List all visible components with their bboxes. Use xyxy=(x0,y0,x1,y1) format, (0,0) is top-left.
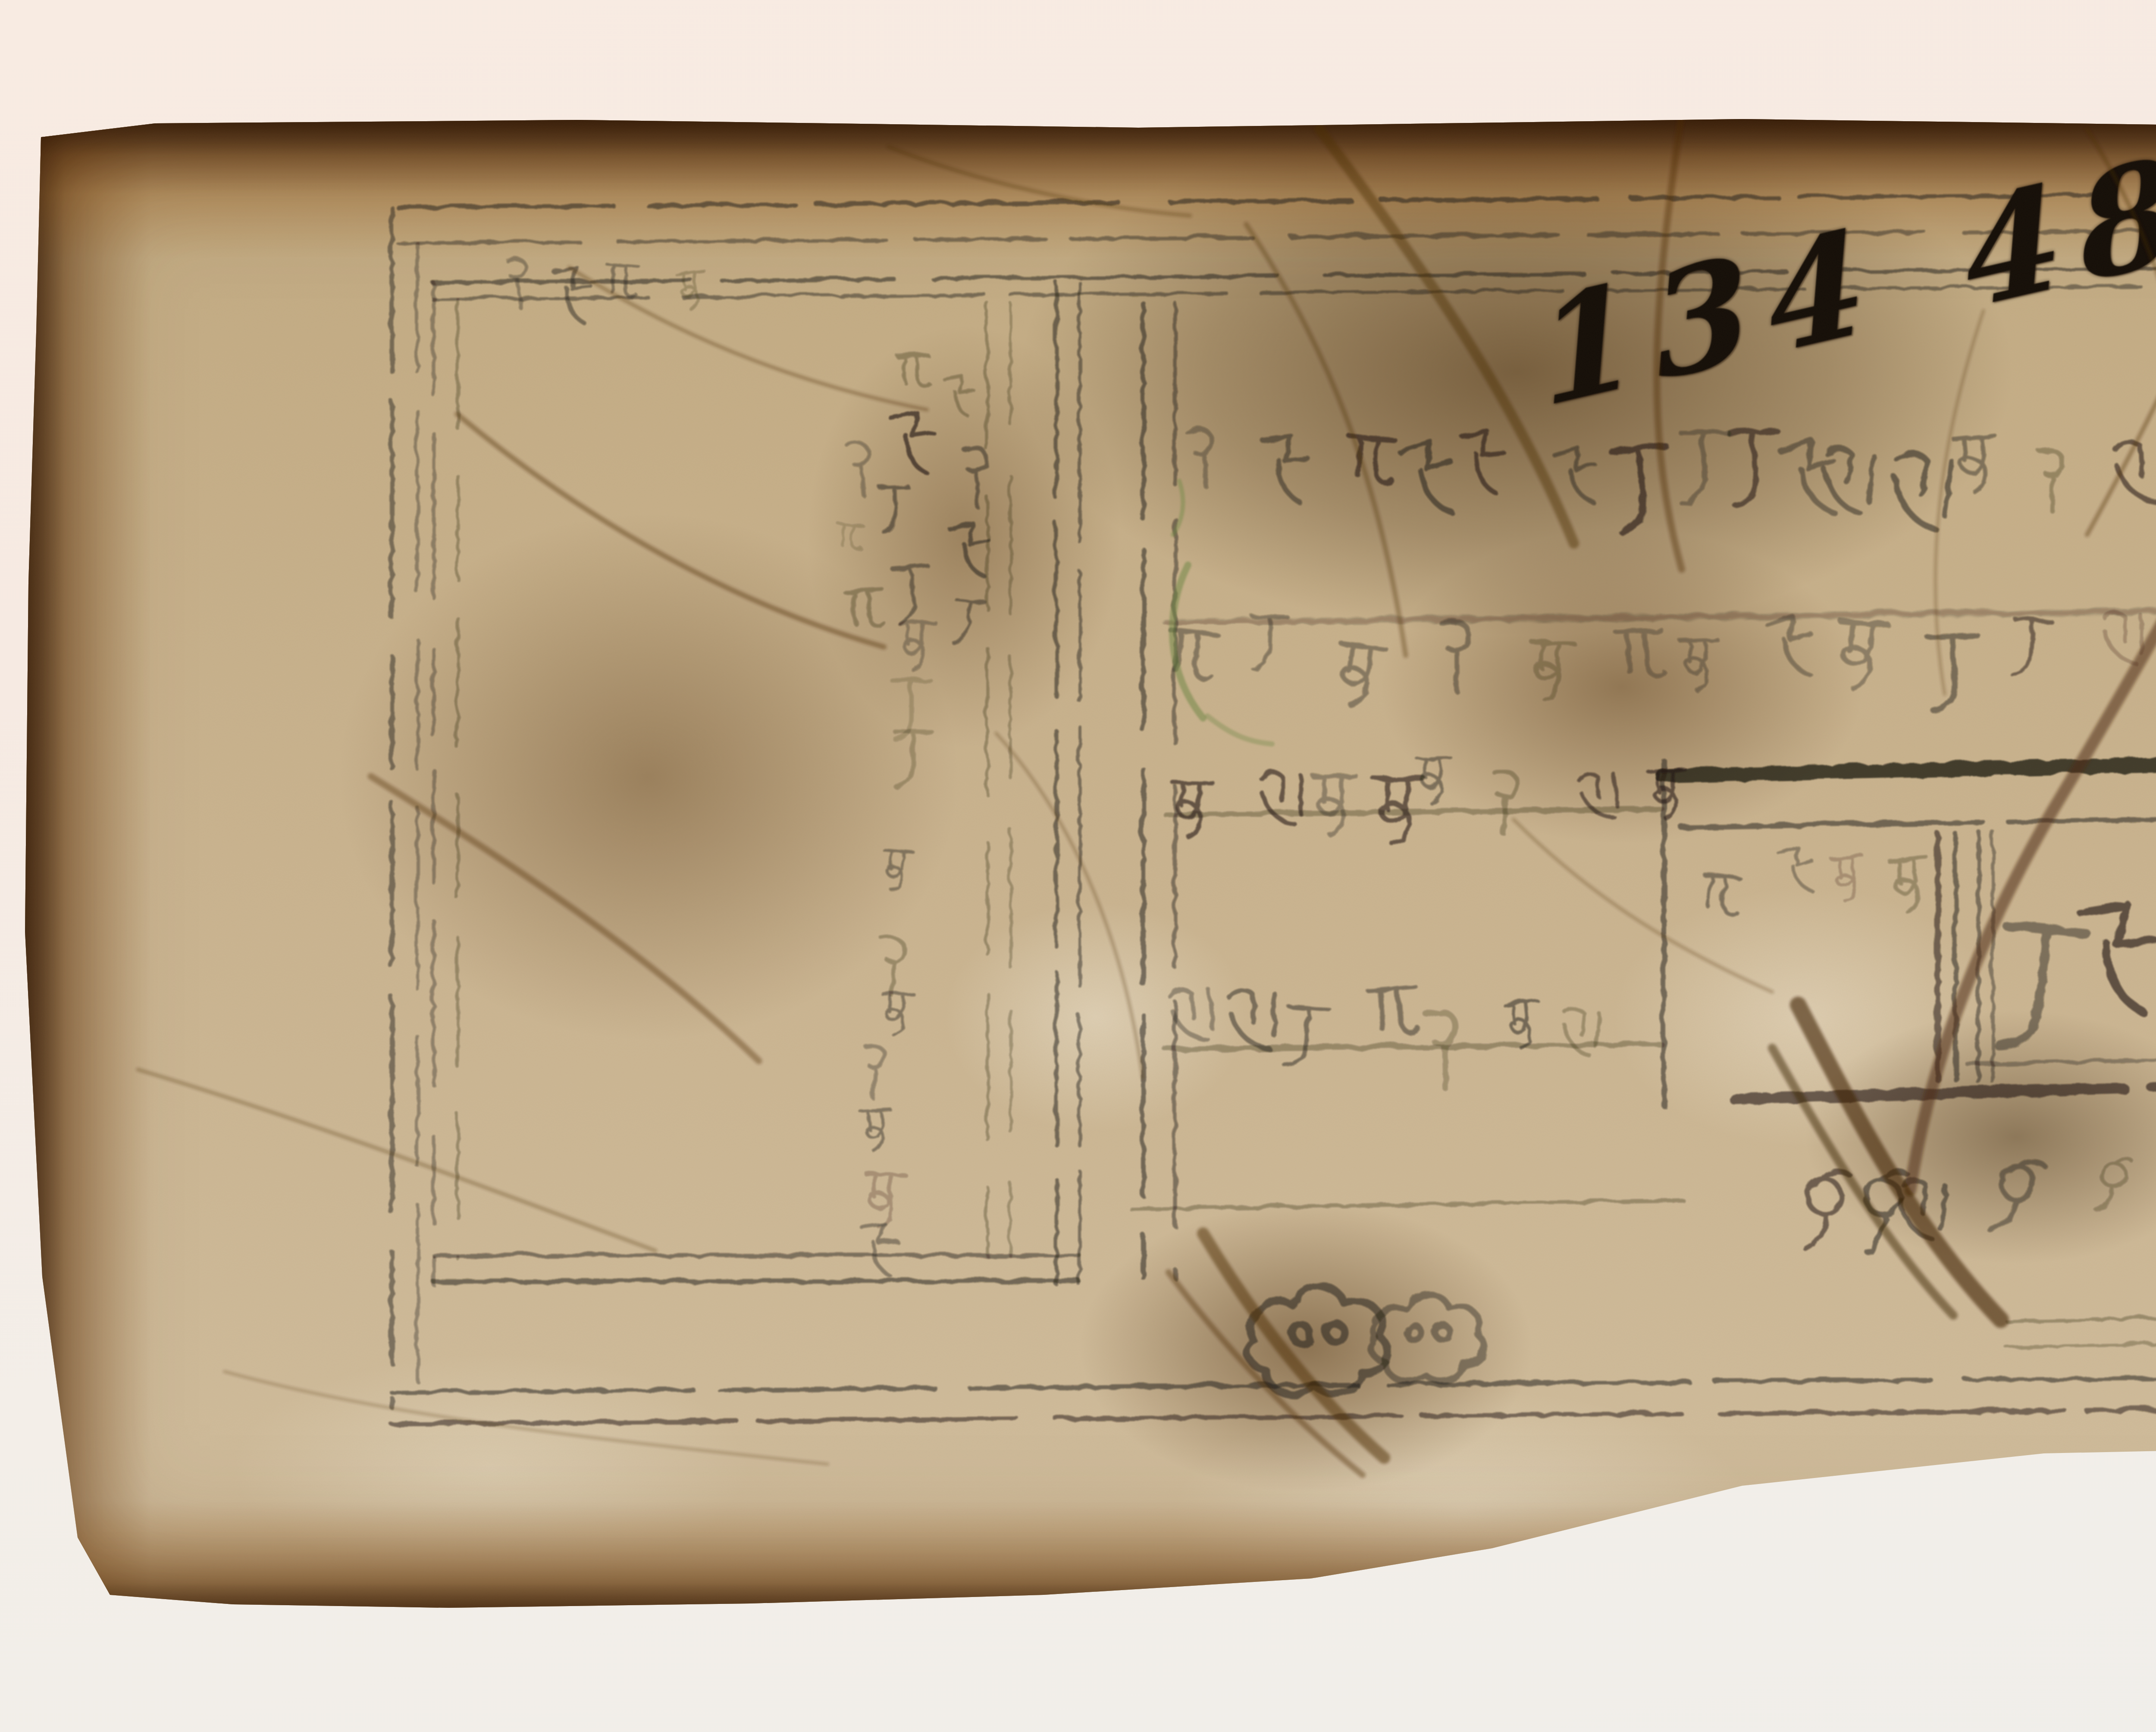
photo-background: 134 481 xyxy=(0,0,2156,1732)
banknote-paper: 134 481 xyxy=(17,116,2156,1617)
paper-grain xyxy=(17,116,2156,1617)
paper-fibers-layer xyxy=(0,0,2156,1732)
